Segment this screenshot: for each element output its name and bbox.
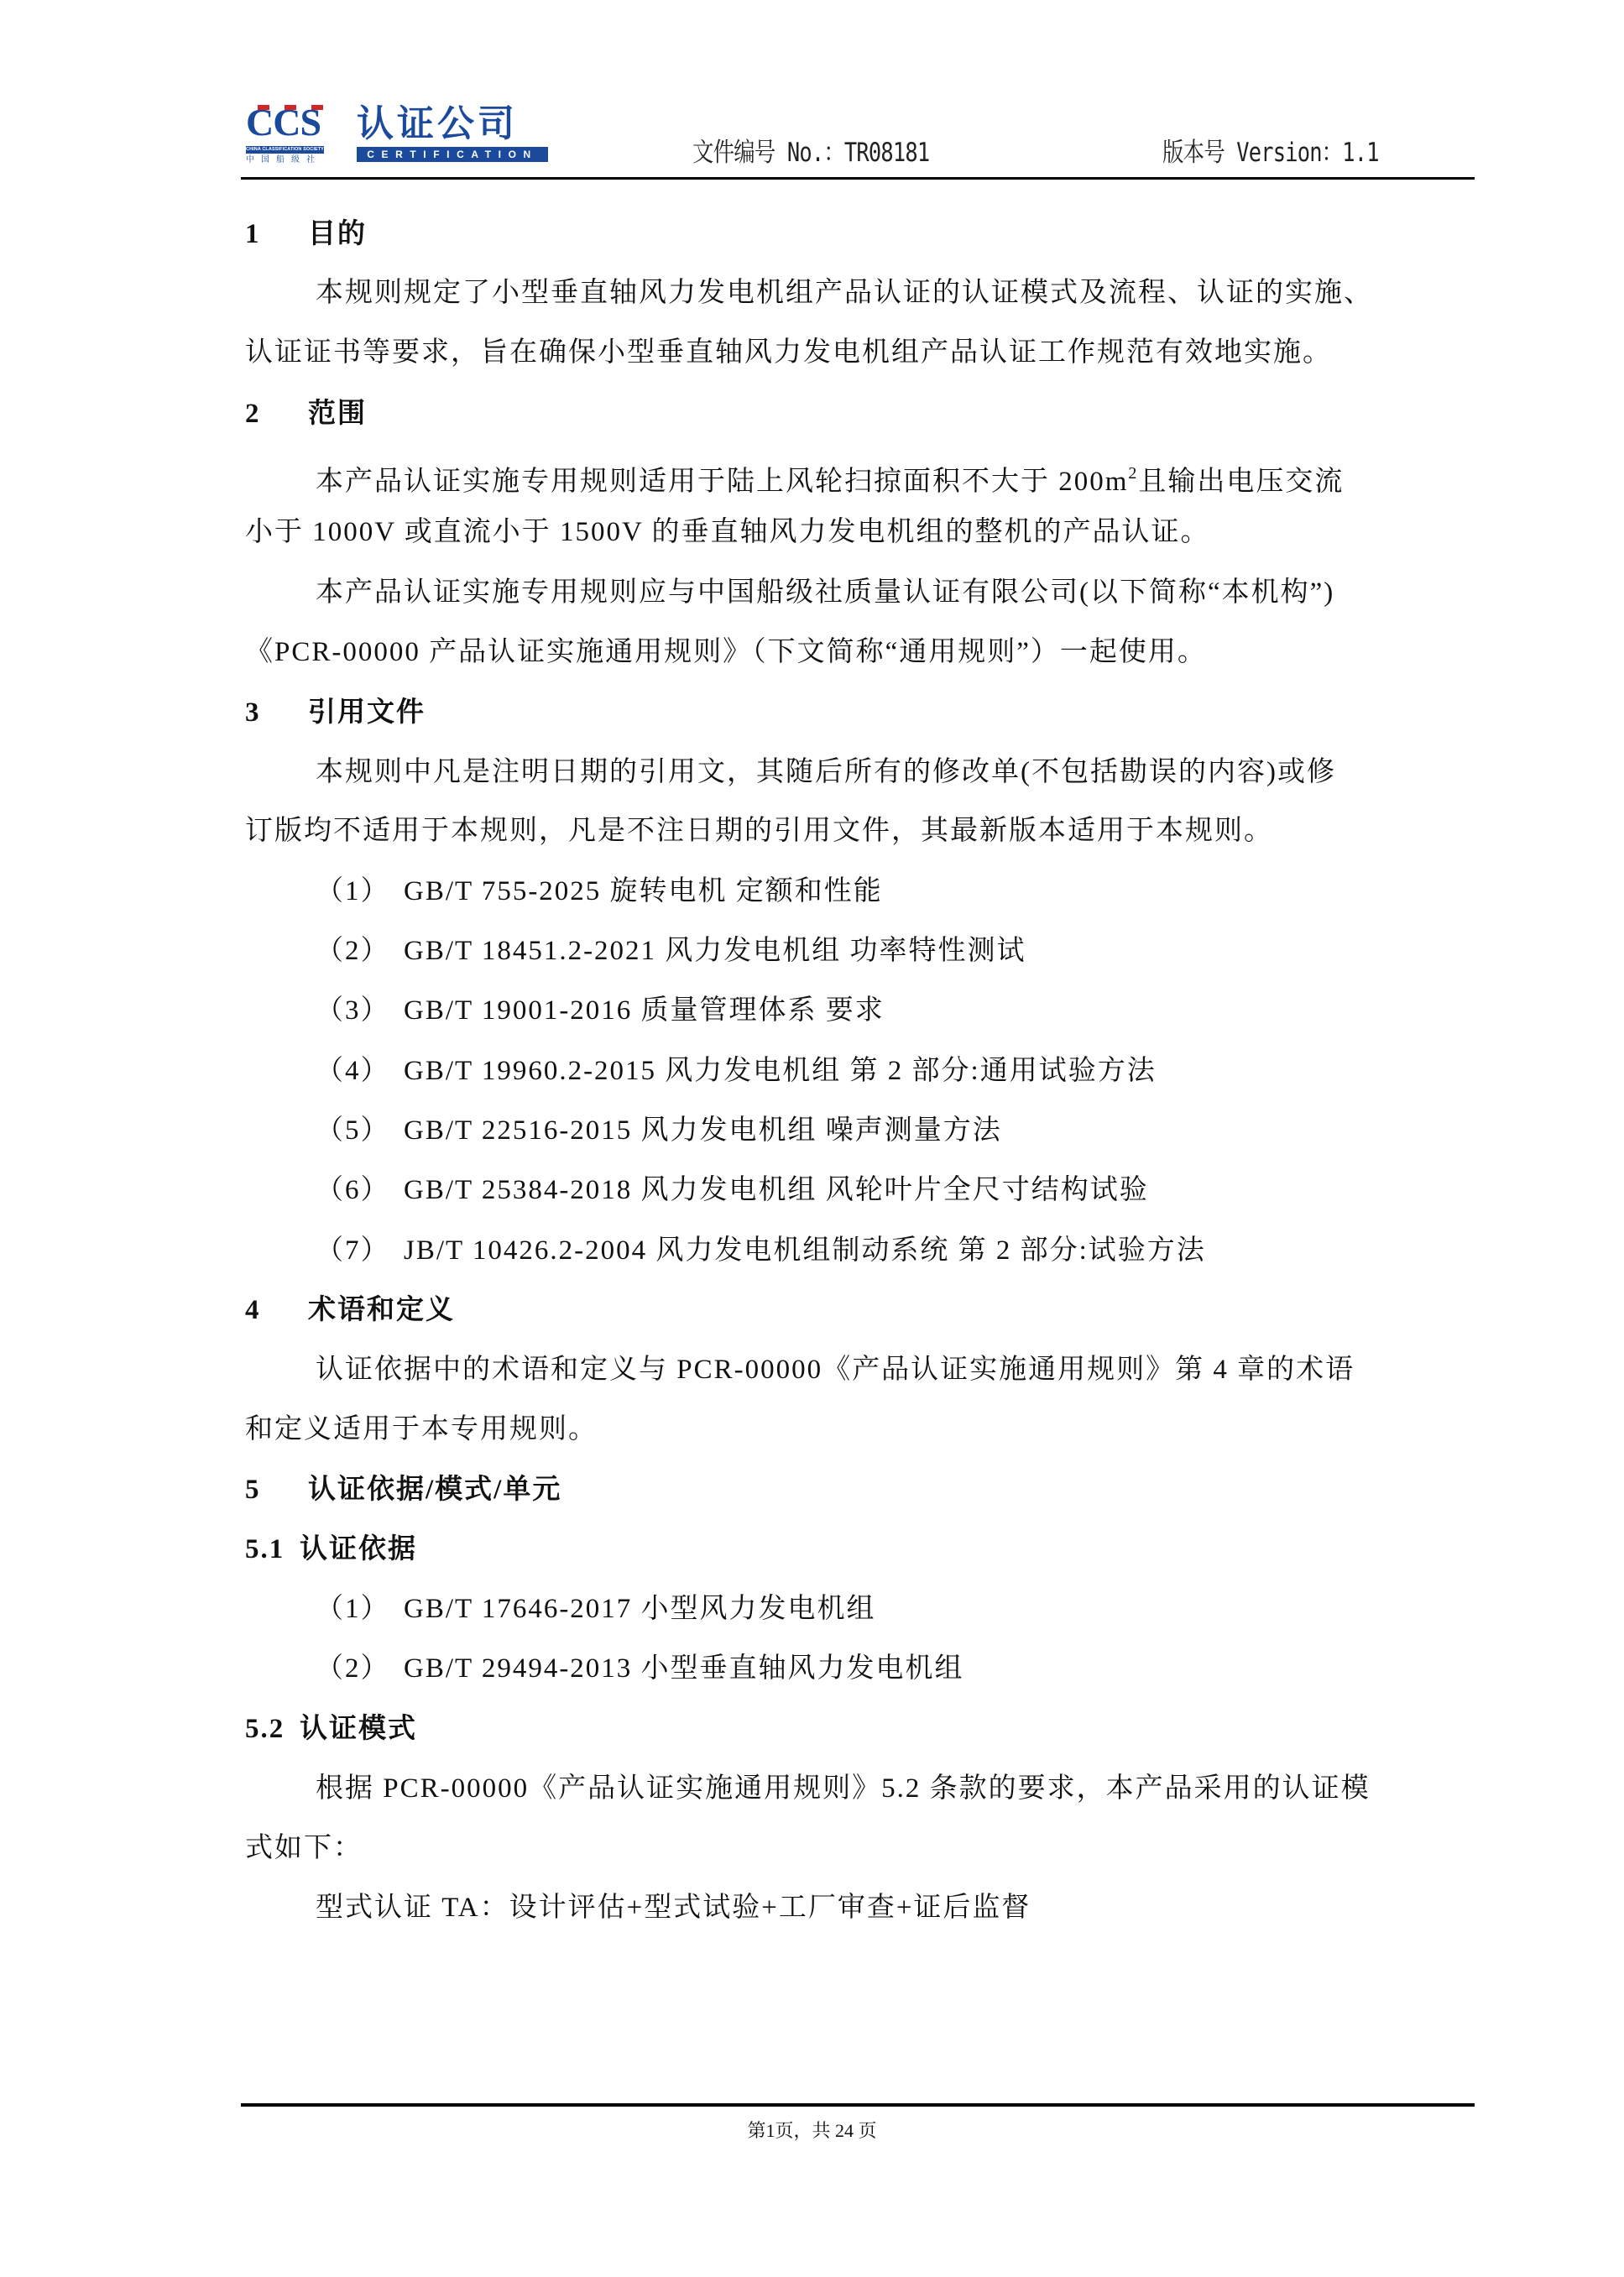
reference-item: （6）GB/T 25384-2018 风力发电机组 风轮叶片全尺寸结构试验 [245, 1173, 1149, 1207]
subsection-heading-5-2: 5.2认证模式 [245, 1712, 417, 1746]
paragraph-line: 和定义适用于本专用规则。 [245, 1413, 598, 1446]
document-number: 文件编号 No.：TR08181 [692, 131, 929, 169]
paragraph-line: 小于 1000V 或直流小于 1500V 的垂直轴风力发电机组的整机的产品认证。 [245, 515, 1209, 549]
paragraph-line: 订版均不适用于本规则，凡是不注日期的引用文件，其最新版本适用于本规则。 [245, 814, 1273, 848]
subsection-heading-5-1: 5.1认证依据 [245, 1533, 417, 1566]
paragraph-line: 本规则中凡是注明日期的引用文，其随后所有的修改单(不包括勘误的内容)或修 [245, 755, 1336, 789]
section-heading-1: 1目的 [245, 217, 367, 251]
paragraph-line: 根据 PCR-00000《产品认证实施通用规则》5.2 条款的要求，本产品采用的… [245, 1772, 1371, 1805]
reference-item: （4）GB/T 19960.2-2015 风力发电机组 第 2 部分:通用试验方… [245, 1054, 1157, 1088]
reference-item: （2）GB/T 29494-2013 小型垂直轴风力发电机组 [245, 1652, 964, 1685]
paragraph-line: 型式认证 TA：设计评估+型式试验+工厂审查+证后监督 [245, 1891, 1031, 1924]
paragraph-line: 本产品认证实施专用规则适用于陆上风轮扫掠面积不大于 200m2且输出电压交流 [245, 457, 1344, 499]
section-heading-5: 5认证依据/模式/单元 [245, 1473, 561, 1507]
paragraph-line: 本产品认证实施专用规则应与中国船级社质量认证有限公司(以下简称“本机构”) [245, 576, 1334, 609]
logo-red-accent [311, 105, 323, 110]
page-number: 第1页，共 24 页 [0, 2117, 1624, 2143]
paragraph-line: 本规则规定了小型垂直轴风力发电机组产品认证的认证模式及流程、认证的实施、 [245, 276, 1373, 310]
reference-item: （1）GB/T 17646-2017 小型风力发电机组 [245, 1592, 876, 1626]
logo-society-cn: 中国船级社 [246, 155, 321, 165]
document-version: 版本号 Version：1.1 [1162, 131, 1379, 169]
reference-item: （2）GB/T 18451.2-2021 风力发电机组 功率特性测试 [245, 934, 1026, 968]
paragraph-line: 认证证书等要求，旨在确保小型垂直轴风力发电机组产品认证工作规范有效地实施。 [245, 336, 1332, 369]
section-heading-2: 2范围 [245, 397, 367, 431]
logo-society-band: CHINA CLASSIFICATION SOCIETY [246, 146, 324, 154]
reference-item: （7）JB/T 10426.2-2004 风力发电机组制动系统 第 2 部分:试… [245, 1234, 1206, 1267]
logo-brand-text: 认证公司 [357, 103, 518, 145]
logo-red-accent [285, 105, 296, 110]
paragraph-line: 认证依据中的术语和定义与 PCR-00000《产品认证实施通用规则》第 4 章的… [245, 1353, 1355, 1387]
section-heading-3: 3引用文件 [245, 696, 426, 729]
paragraph-line: 《PCR-00000 产品认证实施通用规则》（下文简称“通用规则”）一起使用。 [245, 635, 1207, 669]
page-header: CCS CHINA CLASSIFICATION SOCIETY 中国船级社 认… [241, 99, 1475, 179]
paragraph-line: 式如下： [245, 1831, 363, 1865]
header-divider [241, 177, 1475, 180]
footer-divider [241, 2103, 1475, 2107]
superscript: 2 [1128, 464, 1138, 483]
logo-ccs-mark: CCS [246, 103, 321, 142]
reference-item: （3）GB/T 19001-2016 质量管理体系 要求 [245, 994, 885, 1027]
logo-red-accent [258, 105, 269, 110]
ccs-certification-logo: CCS CHINA CLASSIFICATION SOCIETY 中国船级社 认… [241, 103, 551, 166]
section-heading-4: 4术语和定义 [245, 1293, 455, 1327]
reference-item: （5）GB/T 22516-2015 风力发电机组 噪声测量方法 [245, 1114, 1002, 1147]
reference-item: （1）GB/T 755-2025 旋转电机 定额和性能 [245, 875, 883, 908]
logo-certification-bar: CERTIFICATION [357, 147, 548, 162]
